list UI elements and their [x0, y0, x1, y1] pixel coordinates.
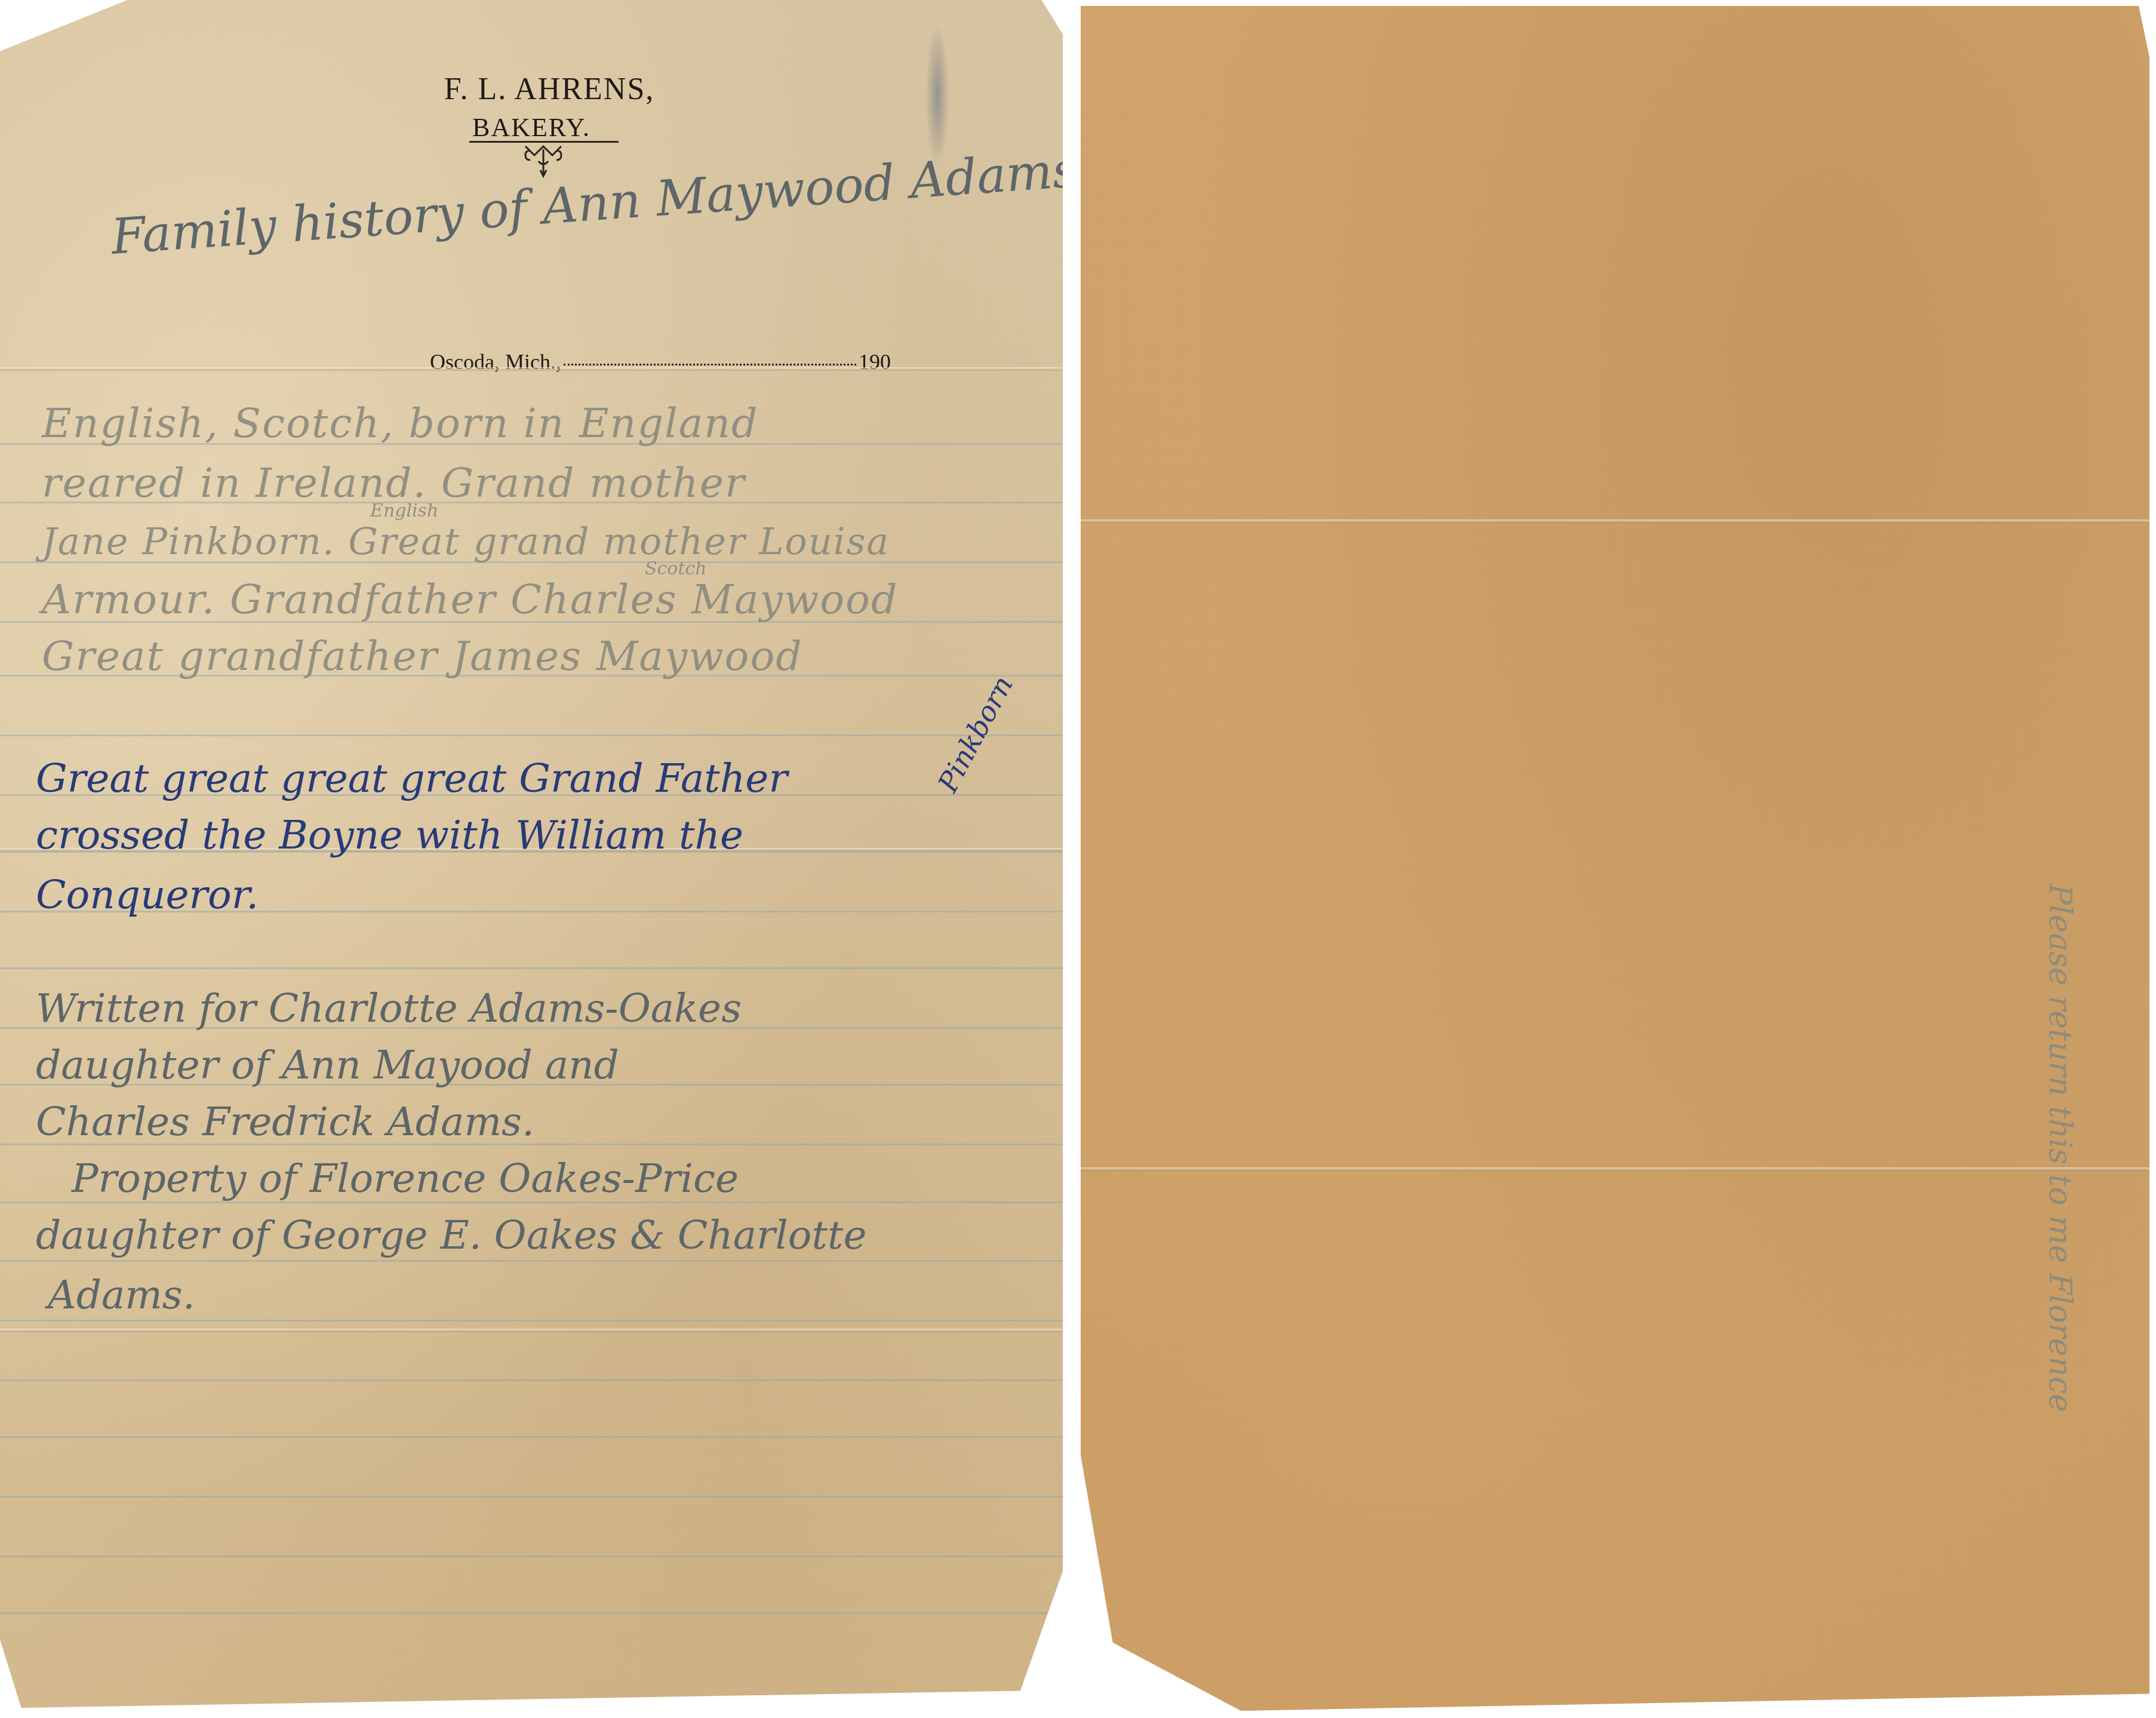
fold-crease [1081, 1167, 2149, 1171]
letterhead-underline [469, 141, 619, 143]
blue-ink-line: Great great great great Grand Father [36, 755, 788, 801]
pencil-line: Great grandfather James Maywood [42, 633, 803, 680]
ruled-line [0, 1612, 1063, 1614]
pencil-line: Jane Pinkborn. Great grand mother Louisa [42, 520, 890, 563]
blue-ink-line: crossed the Boyne with William the [36, 812, 743, 858]
right-page-back [1081, 6, 2149, 1711]
ruled-line [0, 967, 1063, 969]
gray-ink-line: Written for Charlotte Adams-Oakes [36, 985, 742, 1031]
pencil-line: Armour. Grandfather Charles Maywood [42, 576, 899, 623]
ruled-line [0, 1556, 1063, 1557]
gray-ink-line: Charles Fredrick Adams. [36, 1099, 534, 1145]
ruled-line [0, 734, 1063, 736]
document-title: Family history of Ann Maywood Adams [109, 142, 1079, 266]
pencil-annotation-english: English [370, 500, 438, 521]
fold-crease [0, 1329, 1063, 1332]
gray-ink-line: daughter of Ann Mayood and [36, 1042, 619, 1088]
gray-ink-line: daughter of George E. Oakes & Charlotte [36, 1212, 867, 1258]
ruled-line [0, 1496, 1063, 1498]
pencil-line: English, Scotch, born in England [42, 400, 759, 447]
ruled-line [0, 1260, 1063, 1262]
ruled-line [0, 1201, 1063, 1203]
ruled-line [0, 1379, 1063, 1381]
gray-ink-line: Property of Florence Oakes-Price [72, 1155, 739, 1201]
decorative-flourish-icon [513, 143, 573, 179]
return-request-note: Please return this to me Florence [2042, 884, 2078, 1412]
gray-ink-line: Adams. [48, 1272, 195, 1318]
letterhead-name: F. L. AHRENS, [0, 72, 1081, 107]
ruled-line [0, 1436, 1063, 1438]
fold-crease [1081, 520, 2149, 523]
ruled-line [0, 1320, 1063, 1321]
left-page-letter: F. L. AHRENS, BAKERY. Family history of … [0, 0, 1063, 1708]
fold-crease [0, 367, 1063, 371]
date-blank [564, 364, 856, 365]
blue-ink-line: Conqueror. [36, 872, 259, 918]
letterhead-business: BAKERY. [0, 112, 1063, 143]
